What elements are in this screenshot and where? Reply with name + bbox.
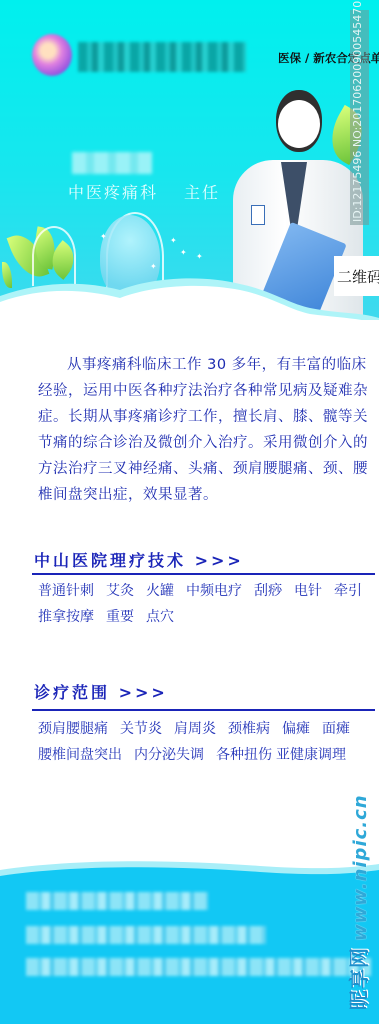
therapy-item: 推拿按摩 xyxy=(38,609,94,625)
therapy-item: 艾灸 xyxy=(106,583,134,599)
therapy-divider xyxy=(32,573,375,575)
doctor-name-blurred xyxy=(72,152,152,174)
scope-item: 颈肩腰腿痛 xyxy=(38,721,108,737)
watermark: 昵享网www.nipic.cn xyxy=(343,794,372,1010)
therapy-item: 普通针刺 xyxy=(38,583,94,599)
star-decoration: ✦ xyxy=(100,232,107,241)
face-mask xyxy=(278,100,320,148)
therapy-item: 点穴 xyxy=(146,609,174,625)
id-badge xyxy=(251,205,265,225)
id-stamp: ID:12175496 NO:20170620090054547000 xyxy=(351,12,364,222)
footer-line-blurred xyxy=(26,892,208,910)
therapy-item: 刮痧 xyxy=(254,583,282,599)
therapy-item: 牵引 xyxy=(334,583,362,599)
header-banner: 医保 / 新农合定点单 中医疼痛科主任 ✦ ✦ ✦ ✦ ✦ ID:1217549… xyxy=(0,0,379,320)
department: 中医疼痛科 xyxy=(68,183,158,202)
scope-list: 颈肩腰腿痛关节炎肩周炎颈椎病偏瘫面瘫腰椎间盘突出内分泌失调各种扭伤亚健康调理 xyxy=(38,716,378,768)
star-decoration: ✦ xyxy=(170,236,177,245)
scope-item: 颈椎病 xyxy=(228,721,270,737)
scope-item: 各种扭伤 xyxy=(216,747,272,763)
scope-item: 面瘫 xyxy=(322,721,350,737)
therapy-section-title: 中山医院理疗技术 >>> xyxy=(34,548,244,571)
intro-paragraph: 从事疼痛科临床工作 30 多年，有丰富的临床经验，运用中医各种疗法治疗各种常见病… xyxy=(38,352,378,508)
watermark-cn: 昵享网 xyxy=(347,947,371,1010)
hospital-name-blurred xyxy=(78,42,246,72)
position: 主任 xyxy=(184,183,220,202)
star-decoration: ✦ xyxy=(180,248,187,257)
wave-divider xyxy=(0,268,379,320)
watermark-url: www.nipic.cn xyxy=(350,794,371,941)
footer-line-blurred xyxy=(26,958,371,976)
hospital-logo xyxy=(32,34,72,76)
scope-item: 关节炎 xyxy=(120,721,162,737)
scope-item: 偏瘫 xyxy=(282,721,310,737)
therapy-item: 火罐 xyxy=(146,583,174,599)
therapy-item: 重要 xyxy=(106,609,134,625)
scope-item: 腰椎间盘突出 xyxy=(38,747,122,763)
footer-line-blurred xyxy=(26,926,266,944)
star-decoration: ✦ xyxy=(196,252,203,261)
therapy-item: 中频电疗 xyxy=(186,583,242,599)
footer-contact xyxy=(0,860,379,1024)
scope-item: 肩周炎 xyxy=(174,721,216,737)
therapy-list: 普通针刺艾灸火罐中频电疗刮痧电针牵引推拿按摩重要点穴 xyxy=(38,578,378,630)
scope-item: 内分泌失调 xyxy=(134,747,204,763)
therapy-item: 电针 xyxy=(294,583,322,599)
scope-divider xyxy=(32,709,375,711)
doctor-title: 中医疼痛科主任 xyxy=(68,180,220,203)
scope-section-title: 诊疗范围 >>> xyxy=(34,680,168,703)
scope-item: 亚健康调理 xyxy=(276,747,346,763)
doctor-introduction: 从事疼痛科临床工作 30 多年，有丰富的临床经验，运用中医各种疗法治疗各种常见病… xyxy=(38,352,378,508)
